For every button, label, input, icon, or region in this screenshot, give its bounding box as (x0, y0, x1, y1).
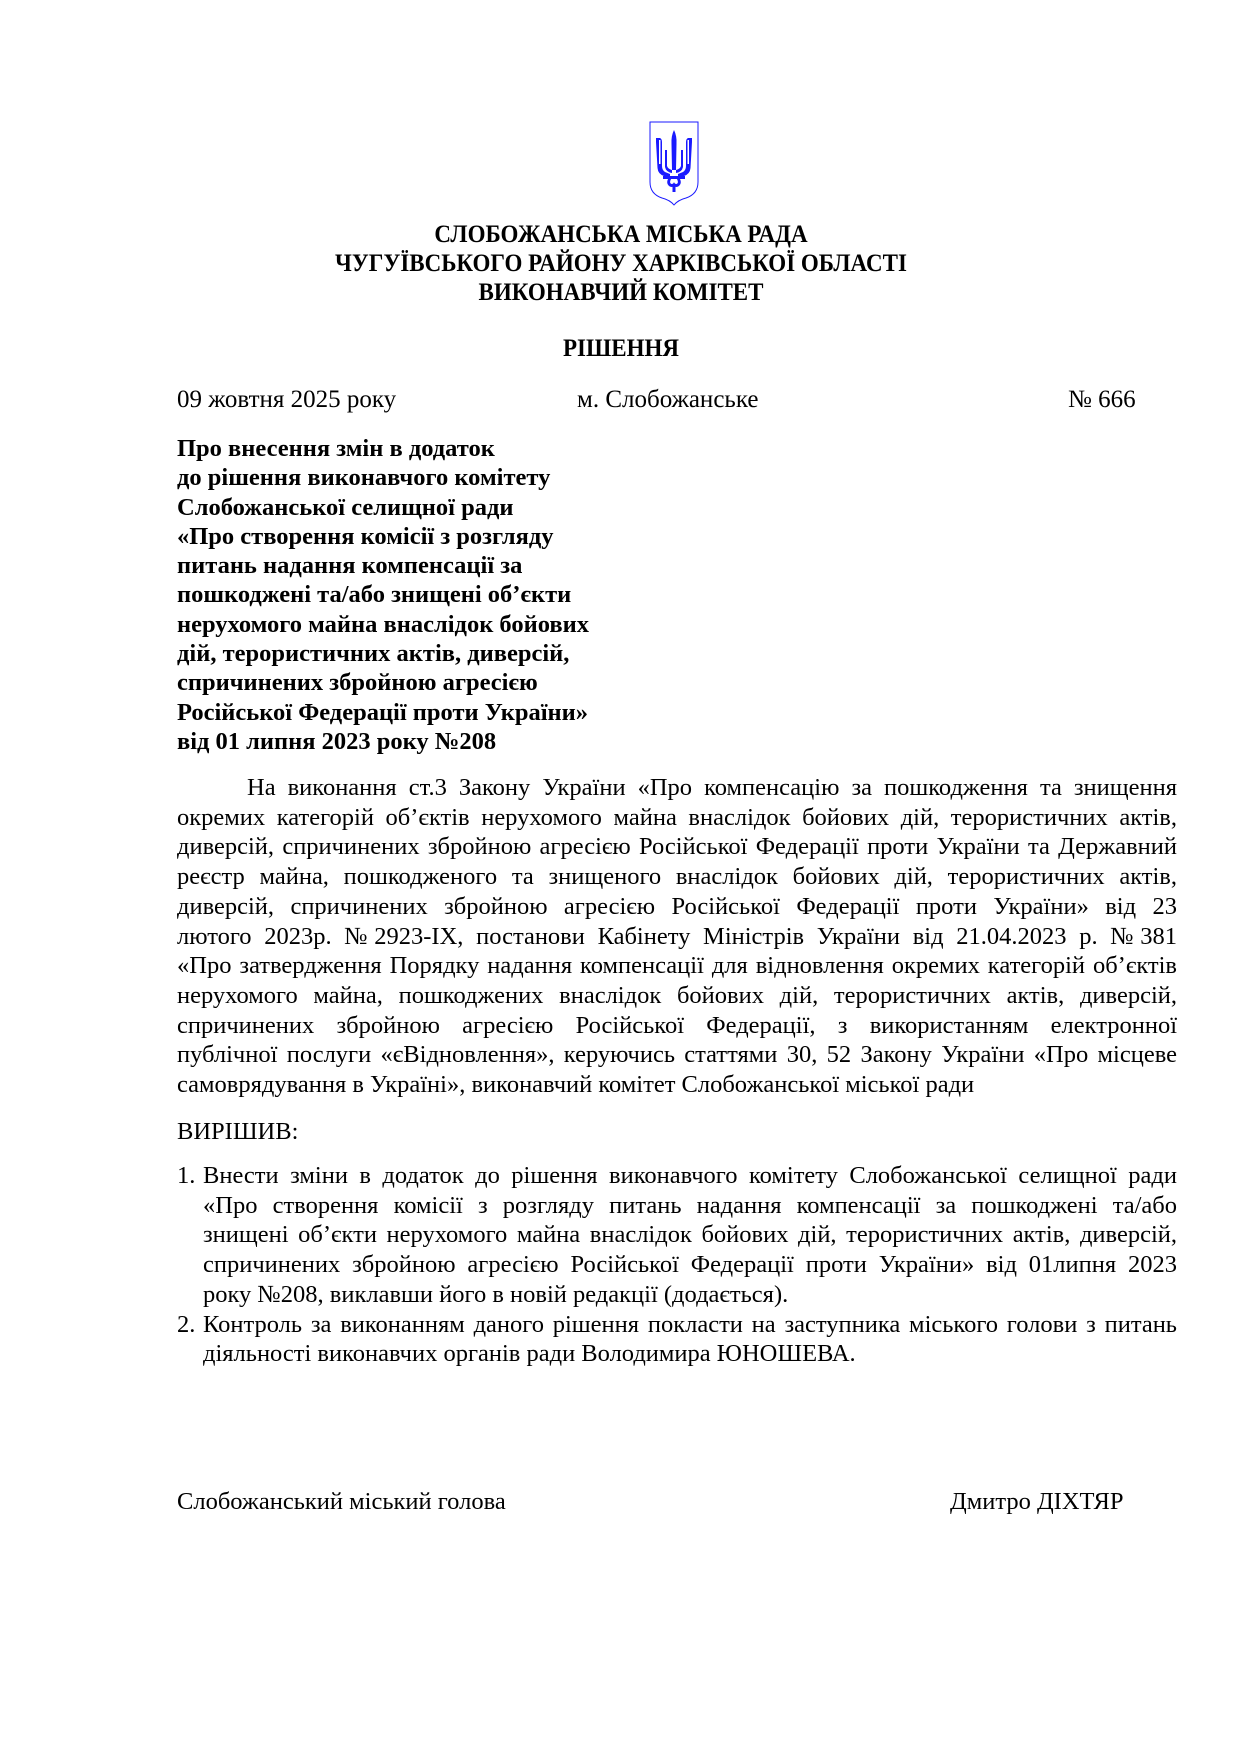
subject-line: Слобожанської селищної ради (177, 493, 589, 522)
signatory-name: Дмитро ДІХТЯР (950, 1488, 1124, 1516)
subject-line: спричинених збройною агресією (177, 668, 589, 697)
subject-line: нерухомого майна внаслідок бойових (177, 610, 589, 639)
preamble-line: «Про затвердження Порядку надання компен… (177, 951, 1177, 981)
preamble-paragraph: На виконання ст.3 Закону України «Про ко… (177, 773, 1177, 1100)
header-line-committee: ВИКОНАВЧИЙ КОМІТЕТ (0, 278, 1240, 307)
decision-item-line: спричинених збройною агресією Російської… (203, 1250, 1177, 1280)
subject-line: питань надання компенсації за (177, 551, 589, 580)
decision-item-line: Внести зміни в додаток до рішення викона… (203, 1161, 1177, 1191)
preamble-line: лютого 2023р. №2923-IX, постанови Кабіне… (177, 922, 1177, 952)
subject-line: до рішення виконавчого комітету (177, 463, 589, 492)
decision-date: 09 жовтня 2025 року (177, 385, 396, 415)
decision-item-line: «Про створення комісії з розгляду питань… (203, 1191, 1177, 1221)
decision-item-line: діяльності виконавчих органів ради Волод… (203, 1339, 1177, 1369)
preamble-line: спричинених збройною агресією Російської… (177, 1011, 1177, 1041)
document-page: СЛОБОЖАНСЬКА МІСЬКА РАДА ЧУГУЇВСЬКОГО РА… (0, 0, 1240, 1754)
decision-item-2: 2. Контроль за виконанням даного рішення… (177, 1310, 1177, 1369)
decision-title: РІШЕННЯ (0, 335, 1240, 363)
preamble-line: диверсій, спричинених збройною агресією … (177, 892, 1177, 922)
decision-item-line: Контроль за виконанням даного рішення по… (203, 1310, 1177, 1340)
subject-line: від 01 липня 2023 року №208 (177, 727, 589, 756)
preamble-line: диверсій, спричинених збройною агресією … (177, 832, 1177, 862)
decision-item-1: 1. Внести зміни в додаток до рішення вик… (177, 1161, 1177, 1310)
preamble-line: публічної послуги «єВідновлення», керуюч… (177, 1040, 1177, 1070)
issuer-header: СЛОБОЖАНСЬКА МІСЬКА РАДА ЧУГУЇВСЬКОГО РА… (0, 220, 1240, 307)
decision-number: № 666 (1068, 385, 1136, 415)
resolved-heading: ВИРІШИВ: (177, 1118, 298, 1146)
header-line-district: ЧУГУЇВСЬКОГО РАЙОНУ ХАРКІВСЬКОЇ ОБЛАСТІ (0, 249, 1240, 278)
subject-line: Російської Федерації проти України» (177, 698, 589, 727)
decision-item-line: знищені об’єкти нерухомого майна внаслід… (203, 1220, 1177, 1250)
decision-item-number: 2. (177, 1310, 195, 1340)
decisions-list: 1. Внести зміни в додаток до рішення вик… (177, 1161, 1177, 1369)
decision-item-number: 1. (177, 1161, 195, 1191)
preamble-line: реєстр майна, пошкодженого та знищеного … (177, 862, 1177, 892)
signatory-role: Слобожанський міський голова (177, 1488, 506, 1516)
subject-line: Про внесення змін в додаток (177, 434, 589, 463)
decision-item-line: року №208, виклавши його в новій редакці… (203, 1280, 1177, 1310)
subject-line: дій, терористичних актів, диверсій, (177, 639, 589, 668)
coat-of-arms-of-ukraine-icon (648, 120, 700, 206)
preamble-line: нерухомого майна, пошкоджених внаслідок … (177, 981, 1177, 1011)
preamble-line: самоврядування в Україні», виконавчий ко… (177, 1070, 1177, 1100)
preamble-line: окремих категорій об’єктів нерухомого ма… (177, 803, 1177, 833)
subject-line: «Про створення комісії з розгляду (177, 522, 589, 551)
subject-line: пошкоджені та/або знищені об’єкти (177, 580, 589, 609)
decision-place: м. Слобожанське (577, 385, 758, 415)
preamble-line: На виконання ст.3 Закону України «Про ко… (177, 773, 1177, 803)
header-line-council: СЛОБОЖАНСЬКА МІСЬКА РАДА (0, 220, 1240, 249)
decision-subject: Про внесення змін в додаток до рішення в… (177, 434, 589, 756)
